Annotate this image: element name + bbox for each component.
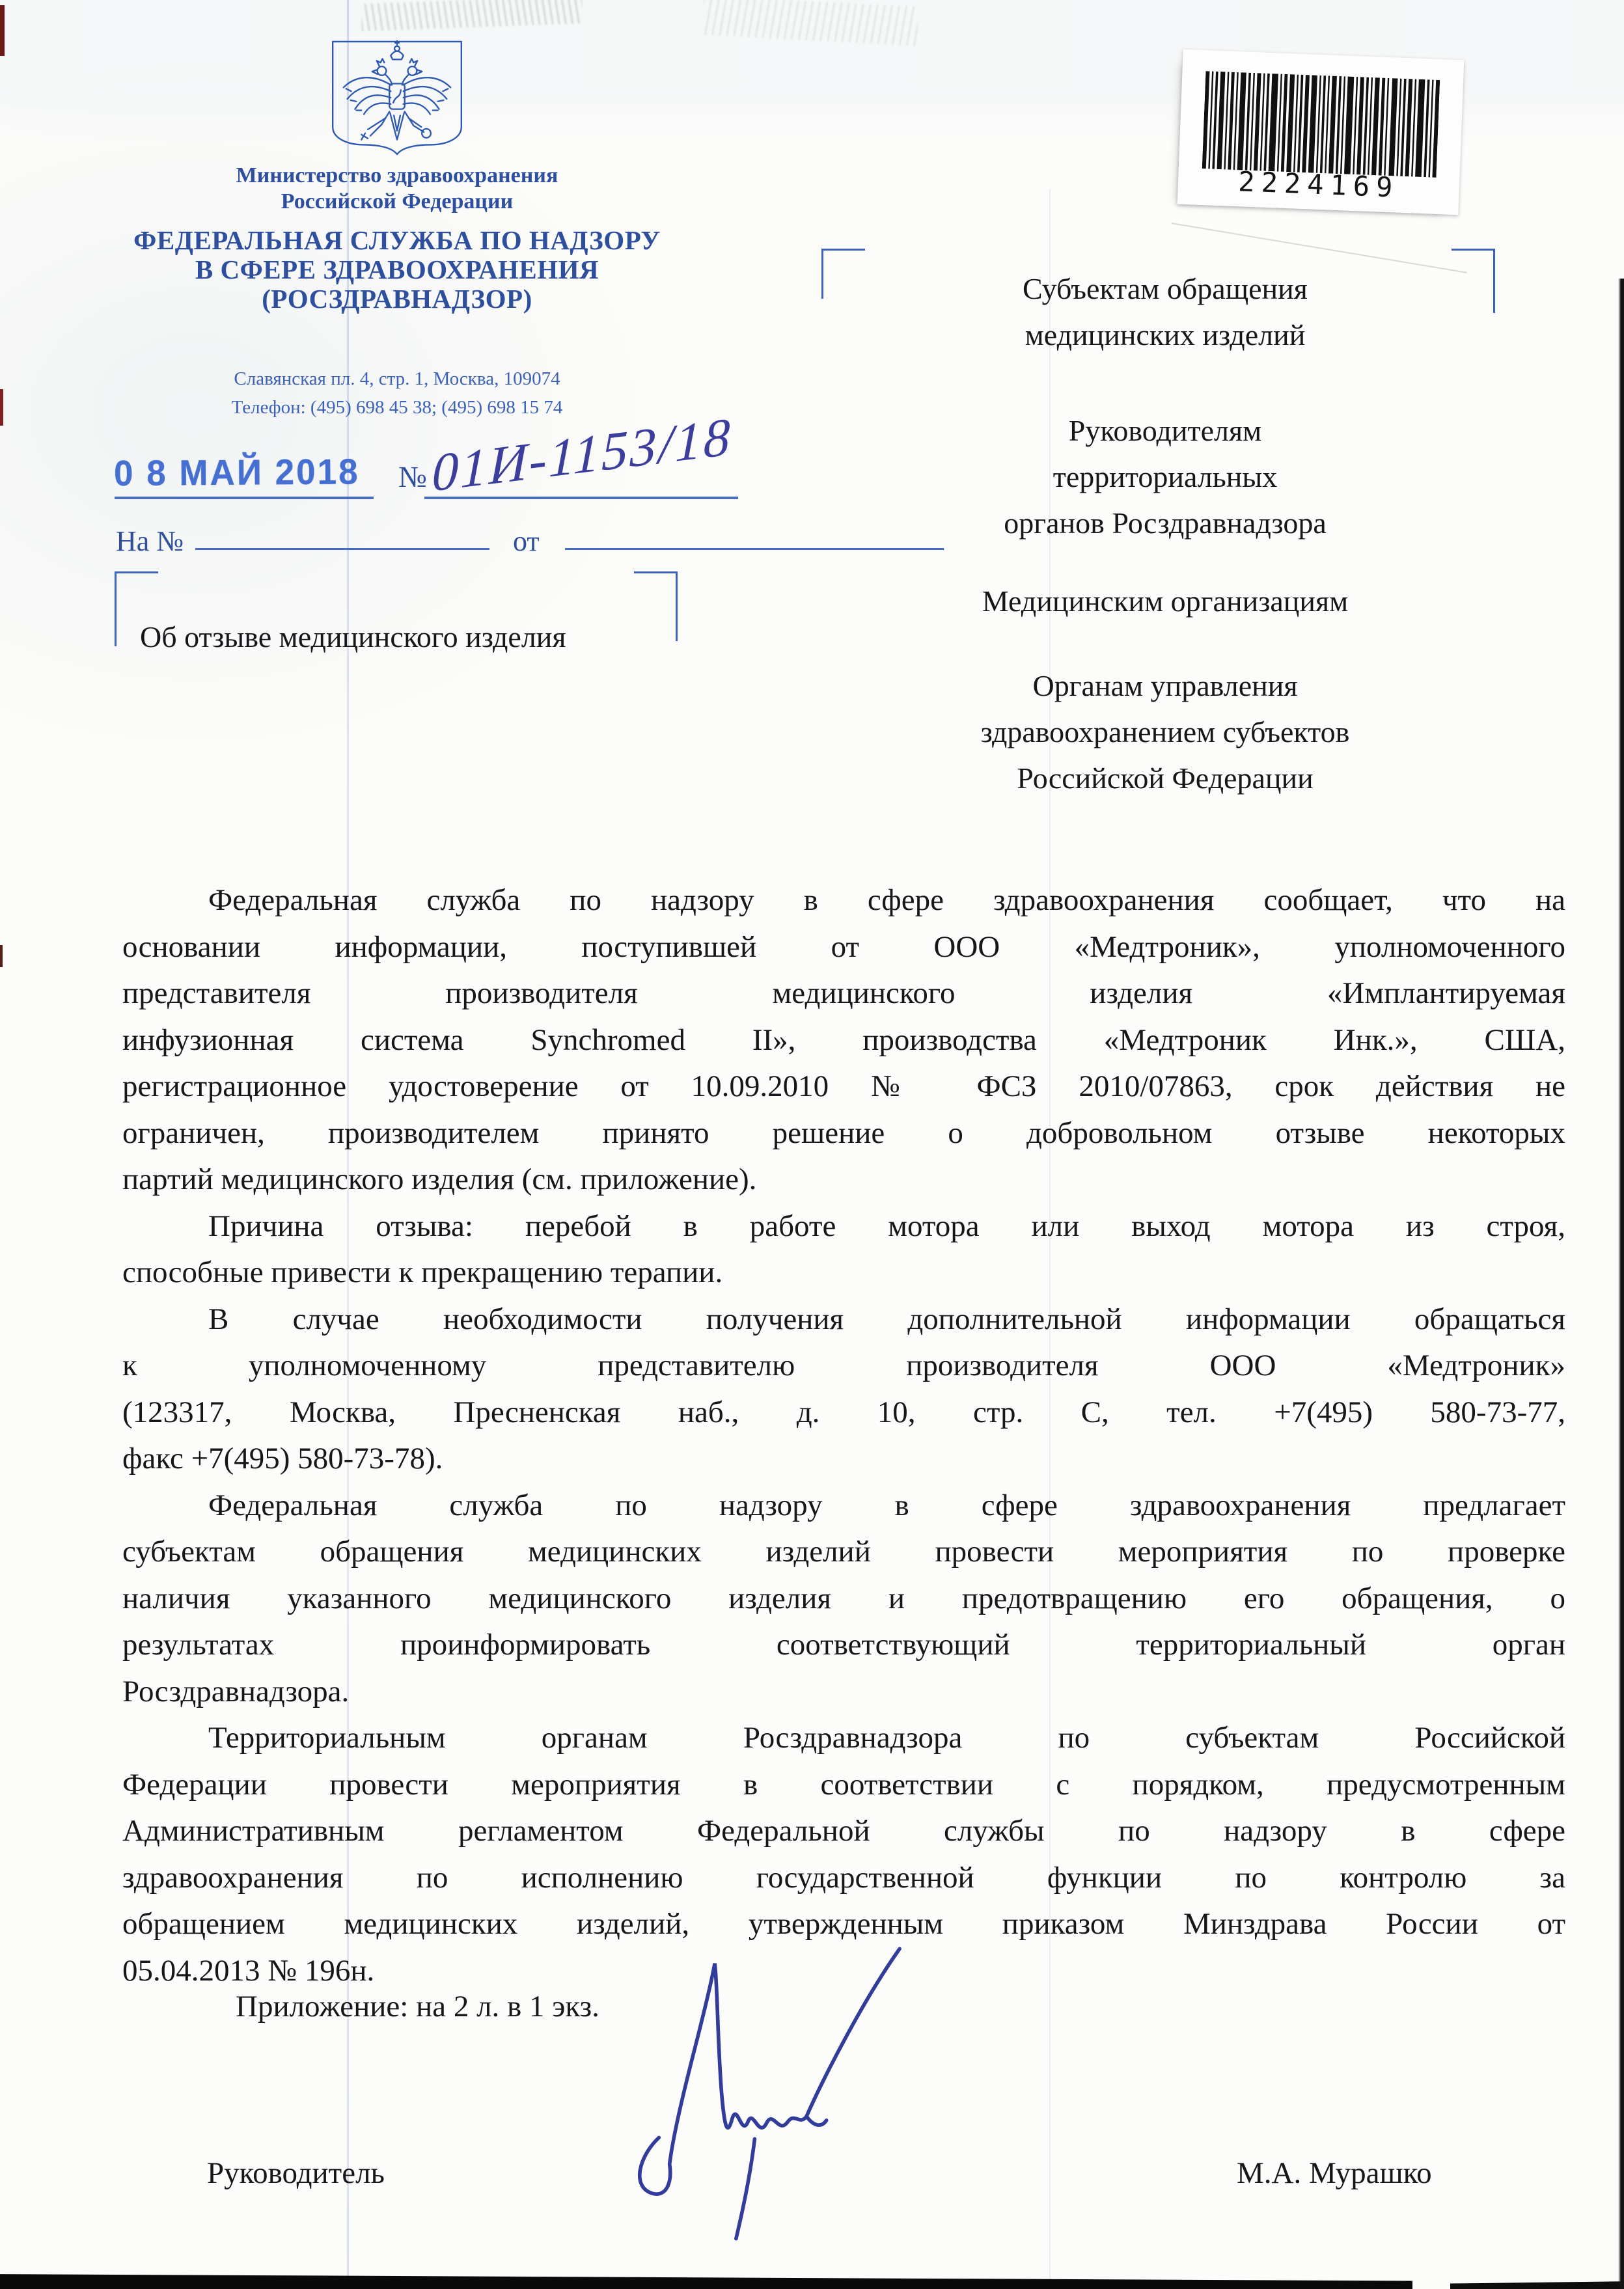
number-underline xyxy=(424,497,738,499)
recipient-line: Органам управления xyxy=(825,663,1505,709)
body-line: партий медицинского изделия (см. приложе… xyxy=(122,1157,1565,1203)
recipient-line: Медицинским организациям xyxy=(825,578,1505,624)
scanned-letter-page: Министерство здравоохранения Российской … xyxy=(0,0,1624,2289)
recipient-group: Органам управления здравоохранением субъ… xyxy=(825,663,1505,801)
body-line: здравоохранения по исполнению государств… xyxy=(122,1855,1565,1902)
body-line: инфузионная система Synchromed II», прои… xyxy=(122,1017,1565,1064)
body-line: представителя производителя медицинского… xyxy=(122,970,1565,1017)
letter-body: Федеральная служба по надзору в сфере зд… xyxy=(122,877,1565,1994)
body-line: результатах проинформировать соответству… xyxy=(122,1622,1565,1669)
body-line: Федеральная служба по надзору в сфере зд… xyxy=(122,1483,1565,1529)
body-line: ограничен, производителем принято решени… xyxy=(122,1110,1565,1157)
date-underline xyxy=(115,497,374,499)
reply-date-blank-line xyxy=(565,548,944,550)
russia-coat-of-arms-icon xyxy=(327,39,467,158)
signer-name: М.А. Мурашко xyxy=(1237,2156,1419,2191)
subject-corner-mark-right xyxy=(634,571,678,641)
agency-line: В СФЕРЕ ЗДРАВООХРАНЕНИЯ xyxy=(65,255,729,284)
reply-number-blank-line xyxy=(195,548,489,550)
scan-bottom-edge xyxy=(1450,2281,1624,2289)
recipient-group: Руководителям территориальных органов Ро… xyxy=(825,407,1505,546)
reply-to-number-label: На № xyxy=(116,525,184,558)
scan-smudge xyxy=(702,0,919,46)
recipient-line: Субъектам обращения xyxy=(825,266,1505,312)
scan-bottom-edge xyxy=(0,2272,1412,2289)
scan-edge-mark xyxy=(0,945,3,967)
agency-phone: Телефон: (495) 698 45 38; (495) 698 15 7… xyxy=(104,393,690,422)
body-line: основании информации, поступившей от ООО… xyxy=(122,924,1565,971)
body-line: регистрационное удостоверение от 10.09.2… xyxy=(122,1063,1565,1110)
attachment-note: Приложение: на 2 л. в 1 экз. xyxy=(236,1989,599,2024)
body-line: Причина отзыва: перебой в работе мотора … xyxy=(122,1203,1565,1250)
handwritten-signature xyxy=(598,1938,949,2251)
scan-right-edge xyxy=(1618,279,1624,2289)
body-line: Федеральная служба по надзору в сфере зд… xyxy=(122,877,1565,924)
body-line: (123317, Москва, Пресненская наб., д. 10… xyxy=(122,1390,1565,1436)
recipient-group: Субъектам обращения медицинских изделий xyxy=(825,266,1505,358)
barcode-icon xyxy=(1202,71,1440,178)
ministry-line: Российской Федерации xyxy=(104,189,690,215)
barcode-sticker: 2224169 xyxy=(1177,49,1465,215)
body-line: субъектам обращения медицинских изделий … xyxy=(122,1529,1565,1576)
recipient-line: территориальных xyxy=(825,454,1505,500)
body-line: Росздравнадзора. xyxy=(122,1669,1565,1716)
recipient-line: медицинских изделий xyxy=(825,312,1505,358)
agency-contacts: Славянская пл. 4, стр. 1, Москва, 109074… xyxy=(104,364,690,422)
recipient-line: Руководителям xyxy=(825,407,1505,454)
agency-line: ФЕДЕРАЛЬНАЯ СЛУЖБА ПО НАДЗОРУ xyxy=(65,226,729,255)
date-stamp: 0 8 МАЙ 2018 xyxy=(114,451,360,494)
scan-smudge xyxy=(361,0,583,31)
scan-edge-mark xyxy=(0,5,5,56)
reply-from-label: от xyxy=(513,525,540,558)
ministry-name: Министерство здравоохранения Российской … xyxy=(104,163,690,215)
scan-edge-mark xyxy=(0,389,3,426)
recipient-line: органов Росздравнадзора xyxy=(825,500,1505,546)
body-line: В случае необходимости получения дополни… xyxy=(122,1296,1565,1343)
subject-line: Об отзыве медицинского изделия xyxy=(140,620,566,654)
body-line: к уполномоченному представителю производ… xyxy=(122,1343,1565,1390)
agency-line: (РОСЗДРАВНАДЗОР) xyxy=(65,284,729,314)
body-line: Административным регламентом Федеральной… xyxy=(122,1808,1565,1855)
body-line: Федерации провести мероприятия в соответ… xyxy=(122,1762,1565,1809)
body-line: способные привести к прекращению терапии… xyxy=(122,1250,1565,1296)
agency-address: Славянская пл. 4, стр. 1, Москва, 109074 xyxy=(104,364,690,393)
agency-name: ФЕДЕРАЛЬНАЯ СЛУЖБА ПО НАДЗОРУ В СФЕРЕ ЗД… xyxy=(65,226,729,314)
signer-position-title: Руководитель xyxy=(207,2156,385,2191)
body-line: факс +7(495) 580-73-78). xyxy=(122,1436,1565,1483)
ministry-line: Министерство здравоохранения xyxy=(104,163,690,189)
recipient-group: Медицинским организациям xyxy=(825,578,1505,624)
body-line: наличия указанного медицинского изделия … xyxy=(122,1576,1565,1623)
outgoing-number-label: № xyxy=(398,459,427,494)
recipient-line: здравоохранением субъектов xyxy=(825,709,1505,755)
body-line: Территориальным органам Росздравнадзора … xyxy=(122,1715,1565,1762)
recipient-line: Российской Федерации xyxy=(825,755,1505,801)
